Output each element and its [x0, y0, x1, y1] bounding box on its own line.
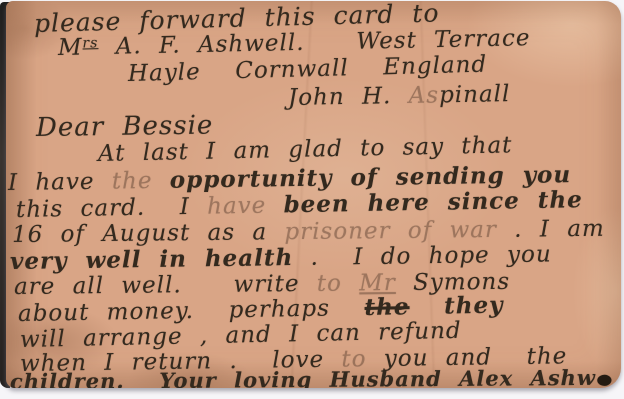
superscript-rs: rs [82, 35, 98, 51]
letter-text: Mr [359, 270, 396, 296]
letter-text: very well in health [10, 244, 294, 275]
letter-text: children. Your loving Husband Alex Ashw [10, 365, 596, 388]
letter-text [409, 294, 444, 321]
letter-text: this card. I [16, 194, 208, 223]
letter-text: . I do hope you [293, 241, 552, 271]
letter-text: John H. [288, 83, 409, 111]
scanned-postcard-image: please forward this card toMrs A. F. Ash… [0, 0, 624, 399]
letter-text: been here since the [283, 186, 583, 218]
letter-text: I have [8, 169, 112, 196]
strikethrough-word: the [364, 293, 409, 321]
letter-text: M [58, 34, 83, 61]
letter-text: 16 of August as a [12, 219, 285, 248]
letter-text: As [408, 82, 439, 109]
letter-text: to [317, 270, 360, 296]
letter-text: . I am [497, 216, 605, 243]
letter-text: have [207, 192, 284, 219]
sender-signature: John H. Aspinall [288, 81, 511, 111]
closing-line: children. Your loving Husband Alex Ashw● [10, 365, 612, 388]
letter-text: the [112, 168, 170, 195]
letter-text: pinall [439, 81, 511, 108]
letter-text: they [444, 292, 504, 320]
ink-blot: ● [596, 371, 612, 388]
postcard: please forward this card toMrs A. F. Ash… [6, 1, 621, 388]
